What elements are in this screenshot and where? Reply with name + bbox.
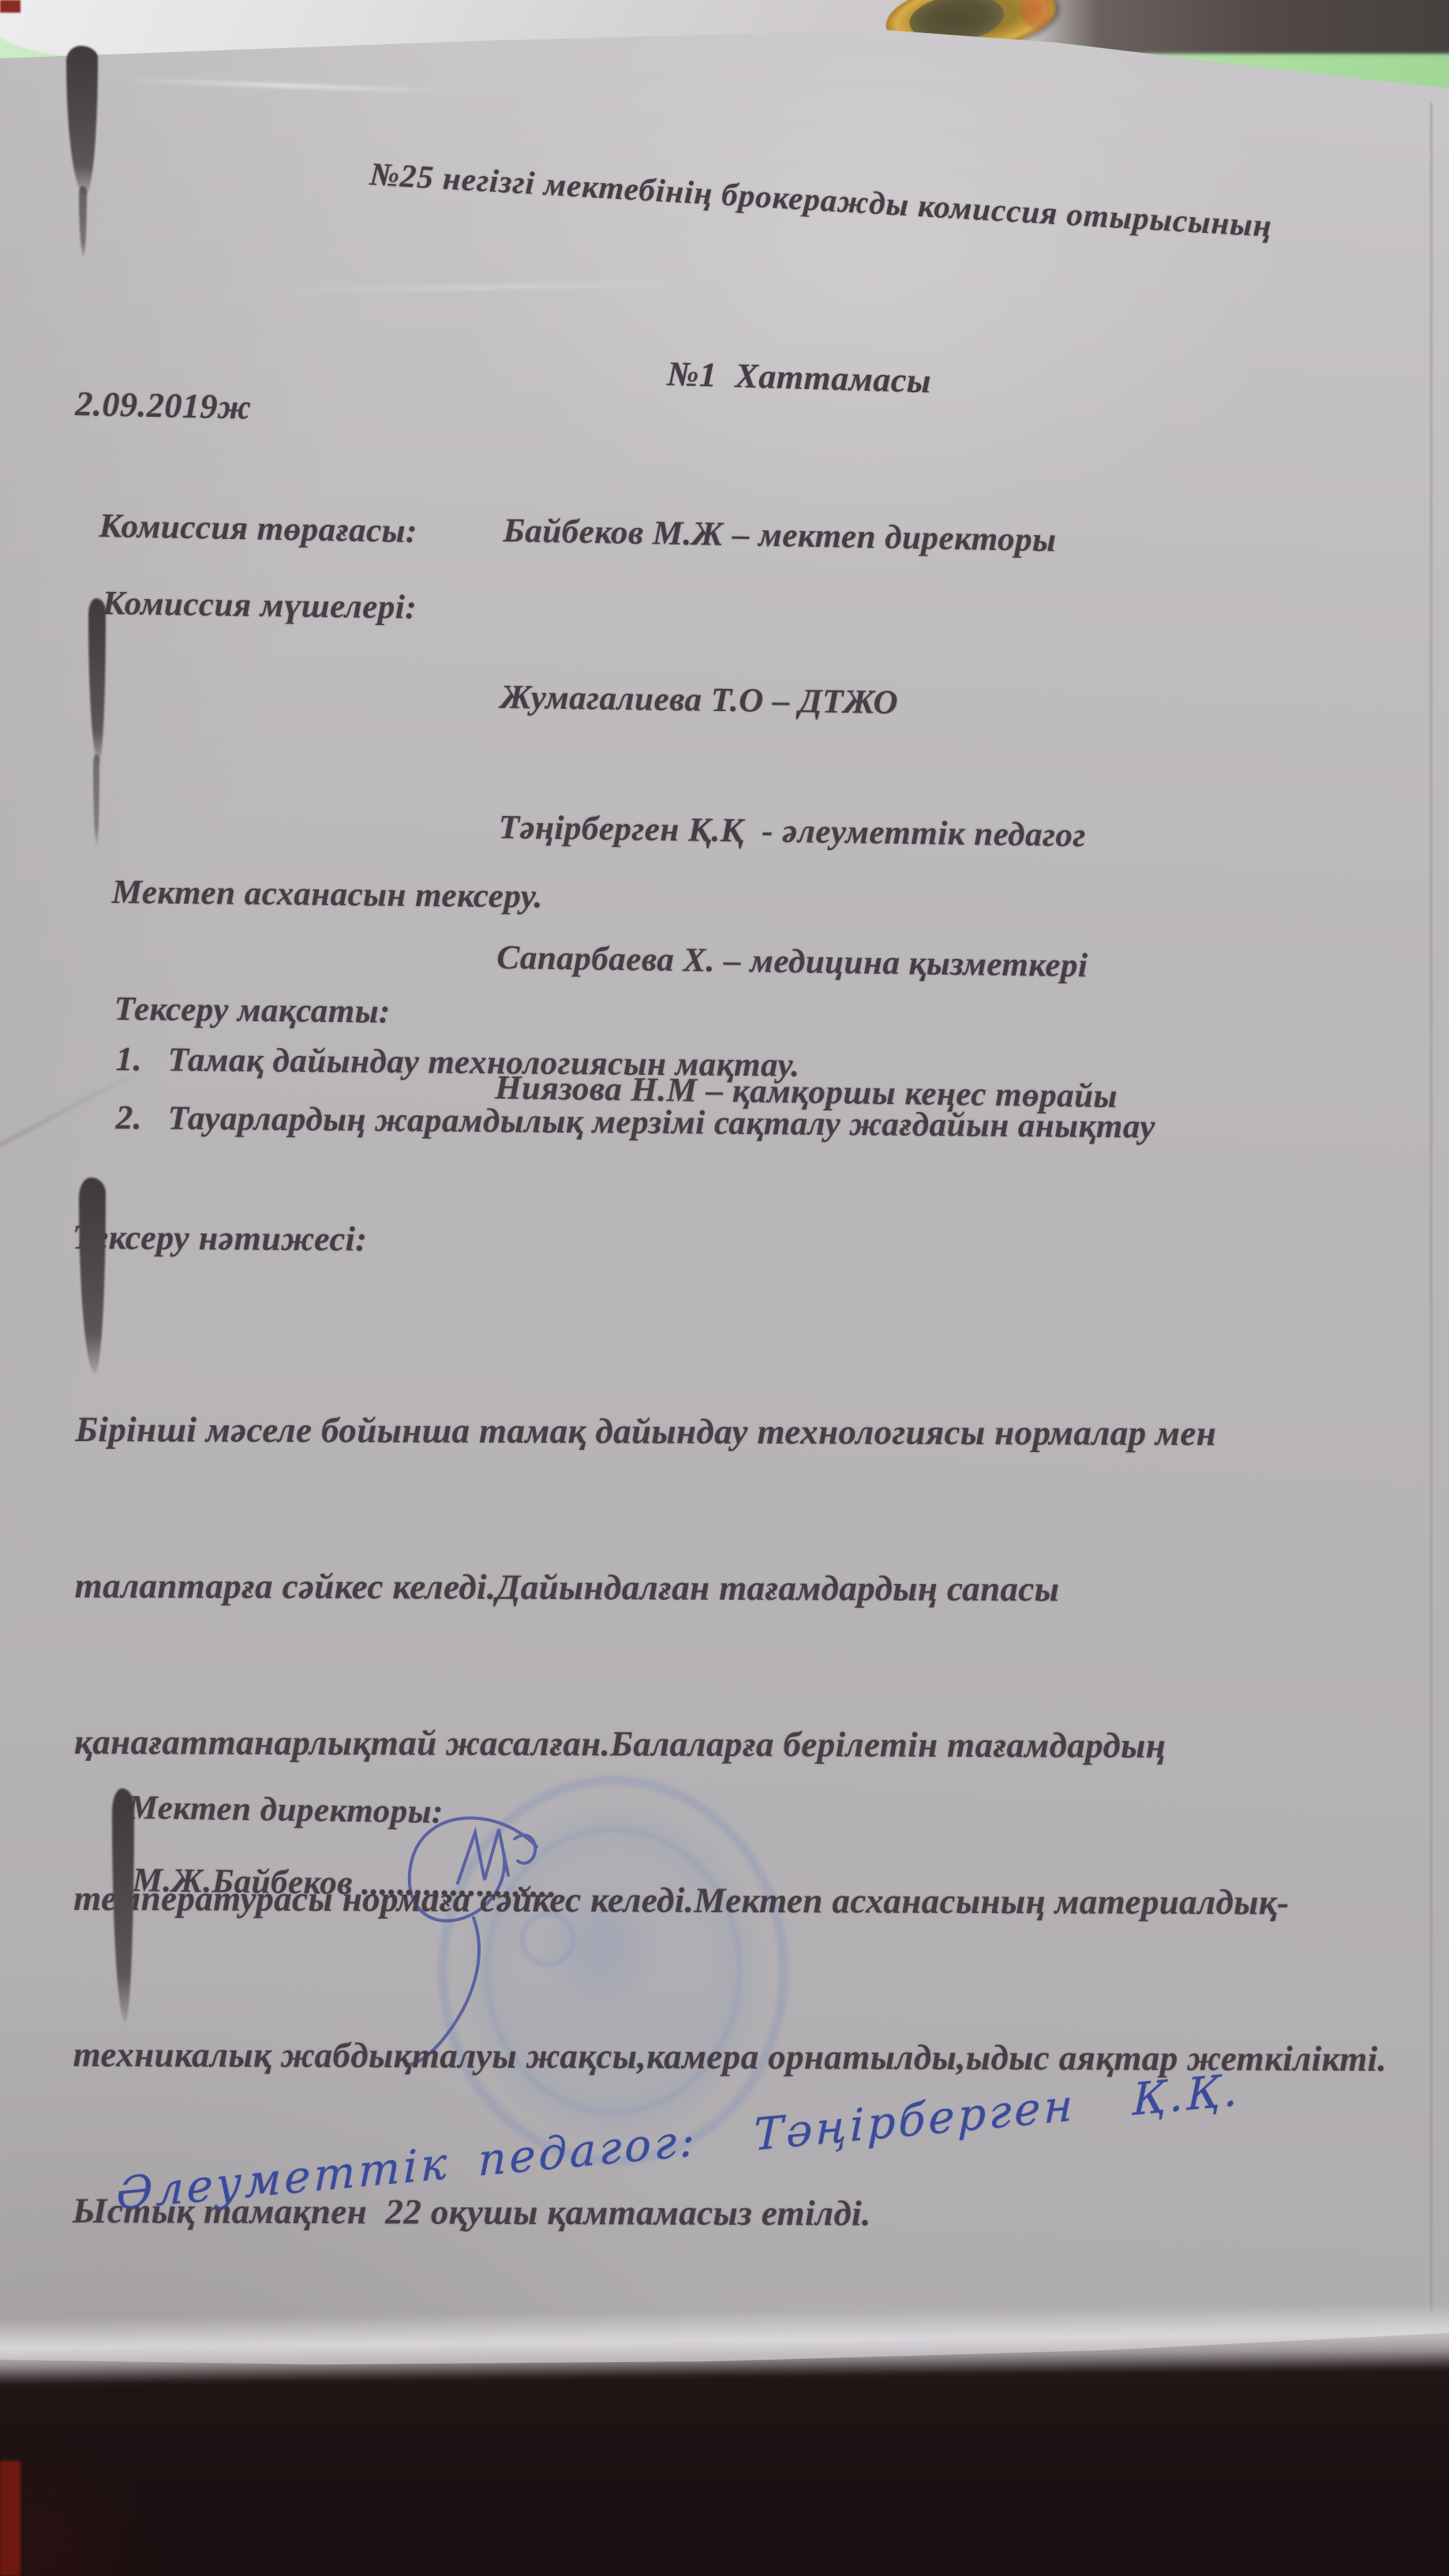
result-line: Бірінші мәселе бойынша тамақ дайындау те…	[75, 1403, 1389, 1460]
sleeve-right-edge	[1430, 103, 1432, 2312]
result-label: Тексеру нәтижесі:	[73, 1217, 368, 1260]
purpose-item-number: 1.	[116, 1040, 168, 1080]
members-label: Комиссия мүшелері:	[102, 584, 417, 627]
member-line: Сапарбаева Х. – медицина қызметкері	[496, 936, 1119, 988]
director-label: Мектеп директоры:	[127, 1788, 444, 1832]
purpose-item-text: Тауарлардың жарамдылық мерзімі сақталу ж…	[168, 1100, 1156, 1146]
member-line: Жумагалиева Т.О – ДТЖО	[500, 676, 1123, 728]
purpose-item-number: 2.	[116, 1099, 168, 1138]
result-line: талаптарға сәйкес келеді.Дайындалған тағ…	[75, 1559, 1389, 1616]
director-name-dotted: М.Ж.Байбеков ......................	[132, 1861, 557, 1906]
protocol-number: №1 Хаттамасы	[667, 354, 932, 401]
chairman-label: Комиссия төрағасы:	[99, 507, 417, 551]
top-right-shadow	[1018, 0, 1449, 54]
red-sliver-top	[0, 0, 21, 13]
subject-line: Мектеп асханасын тексеру.	[111, 873, 543, 916]
doc-date: 2.09.2019ж	[75, 384, 252, 428]
purpose-item: 1.Тамақ дайындау технологиясын мақтау.	[116, 1040, 800, 1085]
table-red-tint	[0, 2368, 316, 2576]
red-sliver-bottom	[0, 2461, 21, 2576]
result-line: қанағаттанарлықтай жасалған.Балаларға бе…	[74, 1716, 1388, 1773]
purpose-item-text: Тамақ дайындау технологиясын мақтау.	[168, 1042, 800, 1084]
member-line: Тәңірберген Қ.Қ - әлеуметтік педагог	[498, 806, 1121, 858]
purpose-label: Тексеру мақсаты:	[114, 990, 391, 1032]
